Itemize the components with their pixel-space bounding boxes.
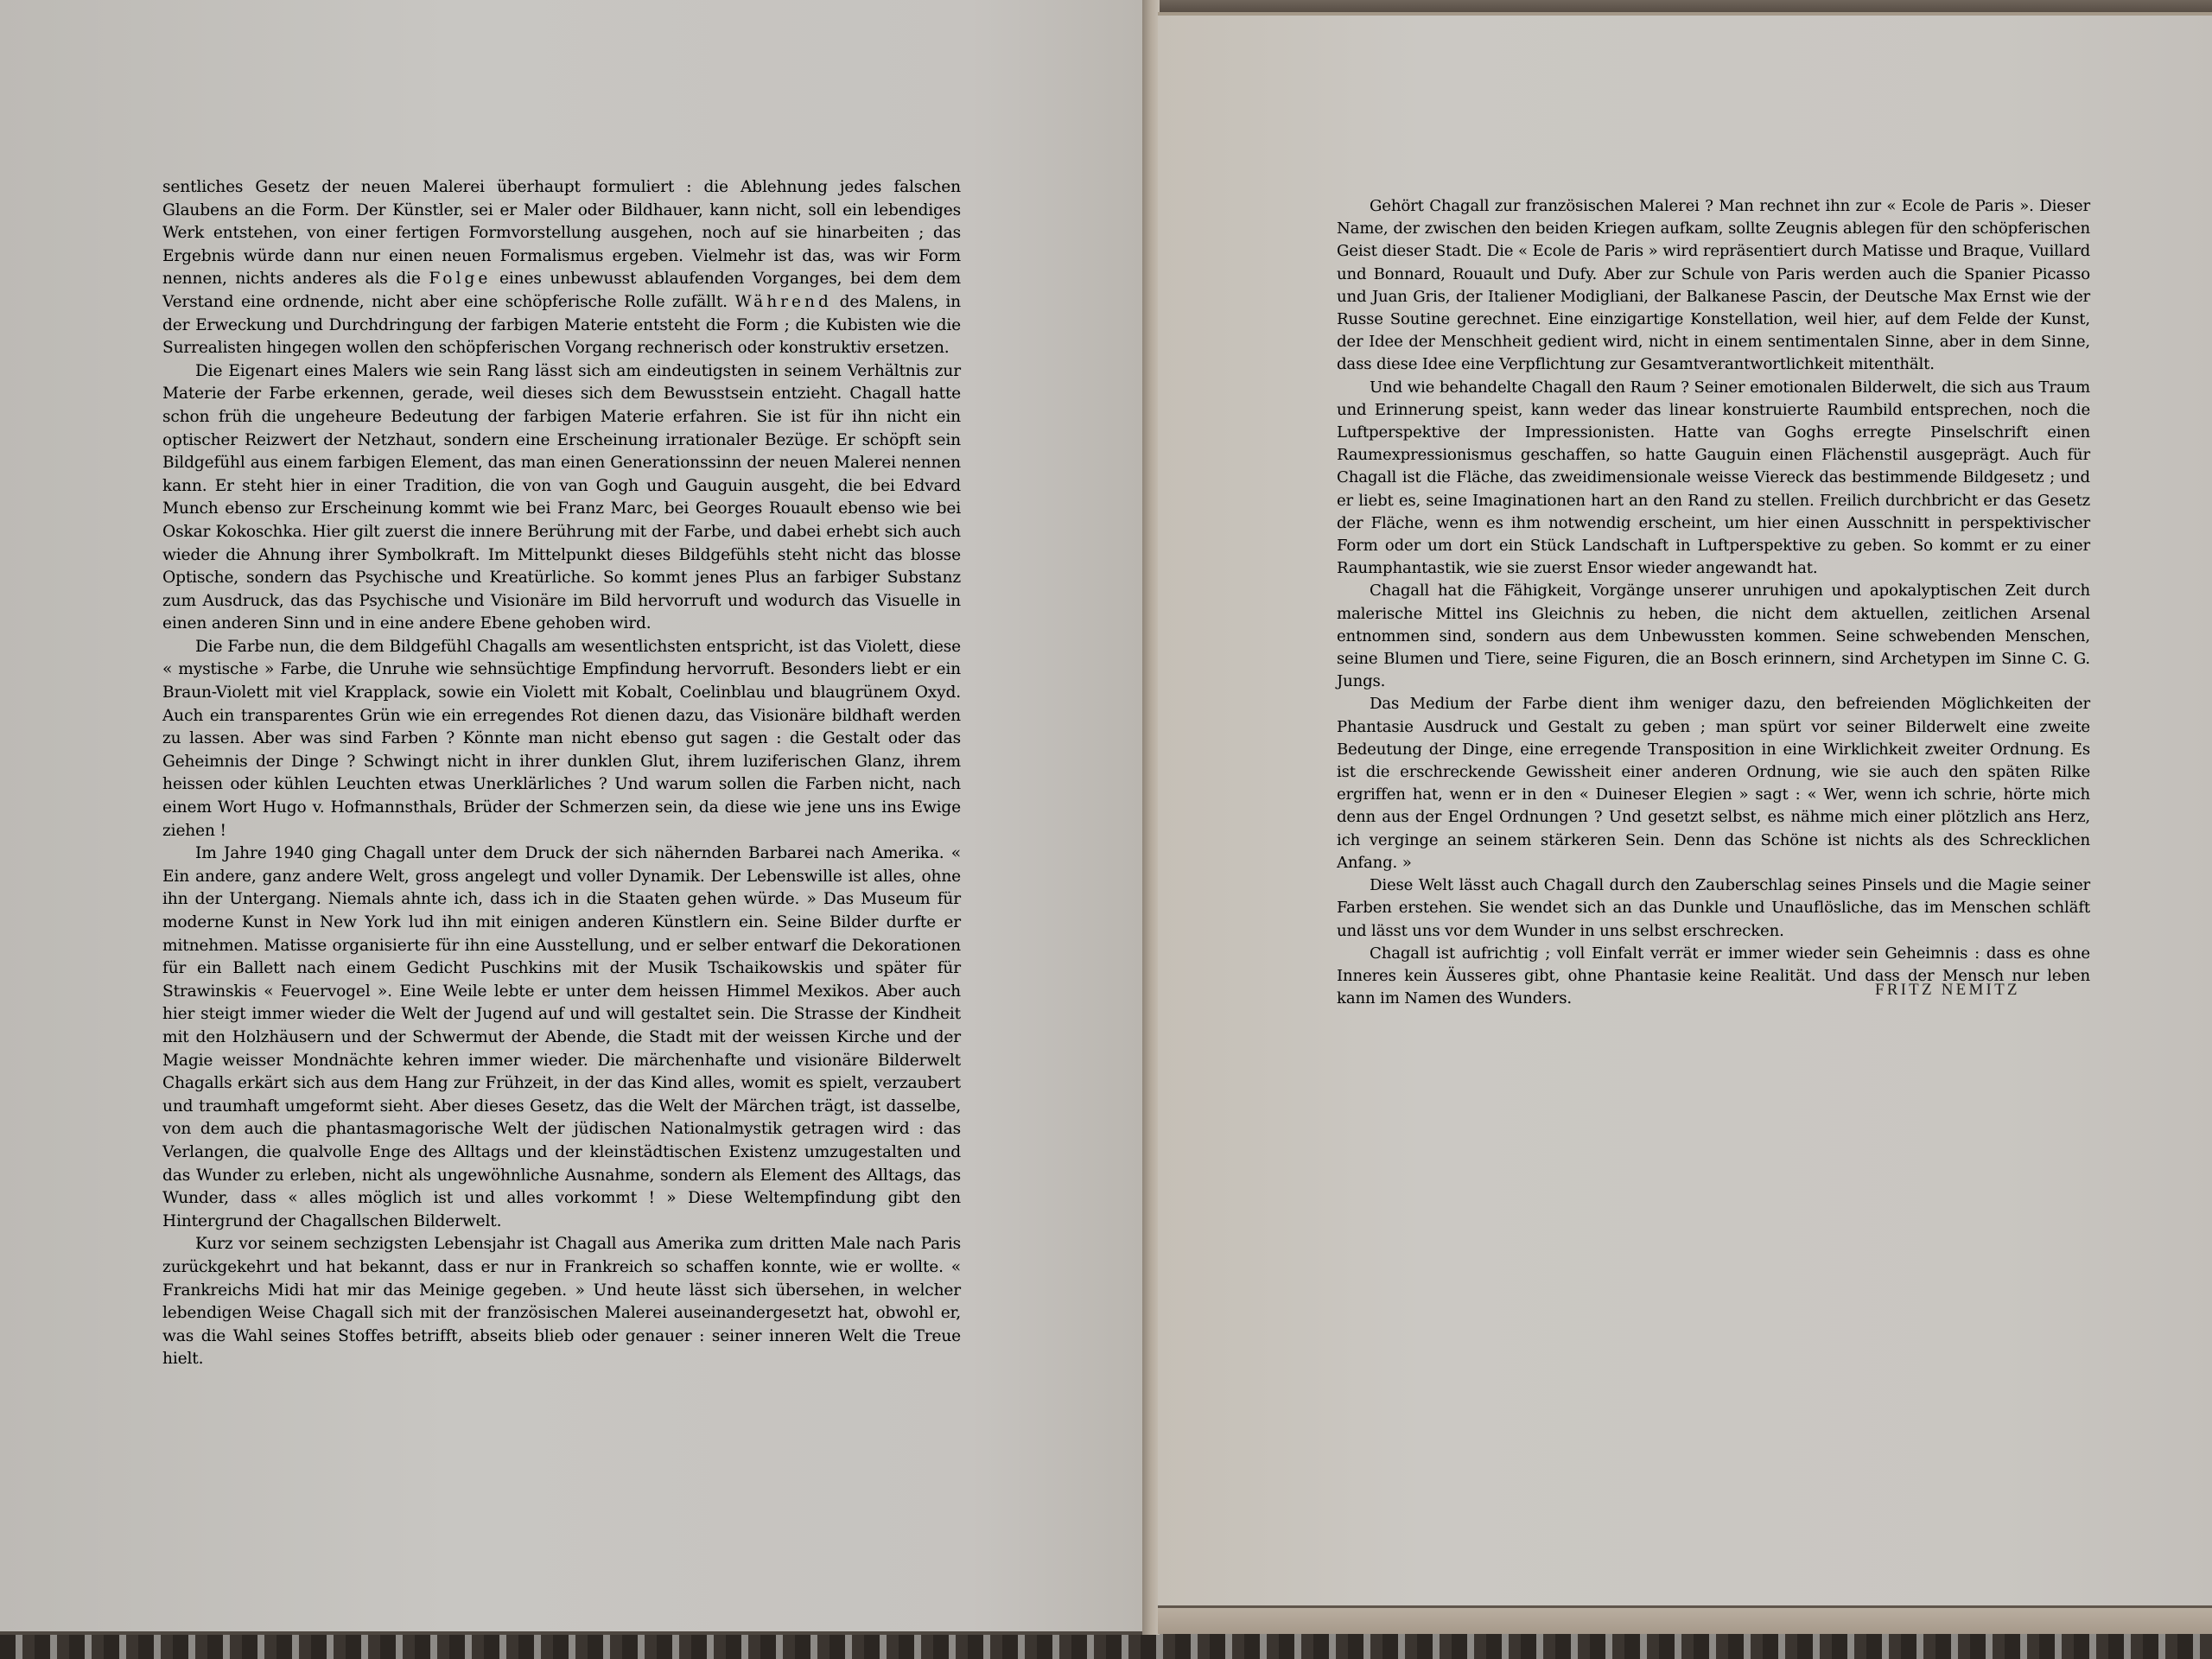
paragraph: Im Jahre 1940 ging Chagall unter dem Dru… [162,842,961,1233]
paragraph: Das Medium der Farbe dient ihm weniger d… [1337,693,2090,874]
paragraph: Chagall ist aufrichtig ; voll Einfalt ve… [1337,943,2090,1011]
background-surface-bottom [0,1633,2212,1659]
paragraph: Und wie behandelte Chagall den Raum ? Se… [1337,377,2090,581]
author-signature: FRITZ NEMITZ [1875,981,2020,1000]
paragraph: Die Eigenart eines Malers wie sein Rang … [162,360,961,636]
left-page-text: sentliches Gesetz der neuen Malerei über… [162,176,961,1371]
paragraph: Chagall hat die Fähigkeit, Vorgänge unse… [1337,580,2090,693]
paragraph: Kurz vor seinem sechzigsten Lebensjahr i… [162,1233,961,1371]
right-page-bottom-edge [1158,1605,2212,1634]
paragraph: Diese Welt lässt auch Chagall durch den … [1337,874,2090,943]
emphasized-word: Folge [429,270,491,288]
paragraph: sentliches Gesetz der neuen Malerei über… [162,176,961,360]
paragraph: Die Farbe nun, die dem Bildgefühl Chagal… [162,636,961,842]
emphasized-word: Während [735,293,832,311]
right-page-text: Gehört Chagall zur französischen Malerei… [1337,195,2090,1010]
book-spine [1142,0,1160,1635]
paragraph: Gehört Chagall zur französischen Malerei… [1337,195,2090,377]
